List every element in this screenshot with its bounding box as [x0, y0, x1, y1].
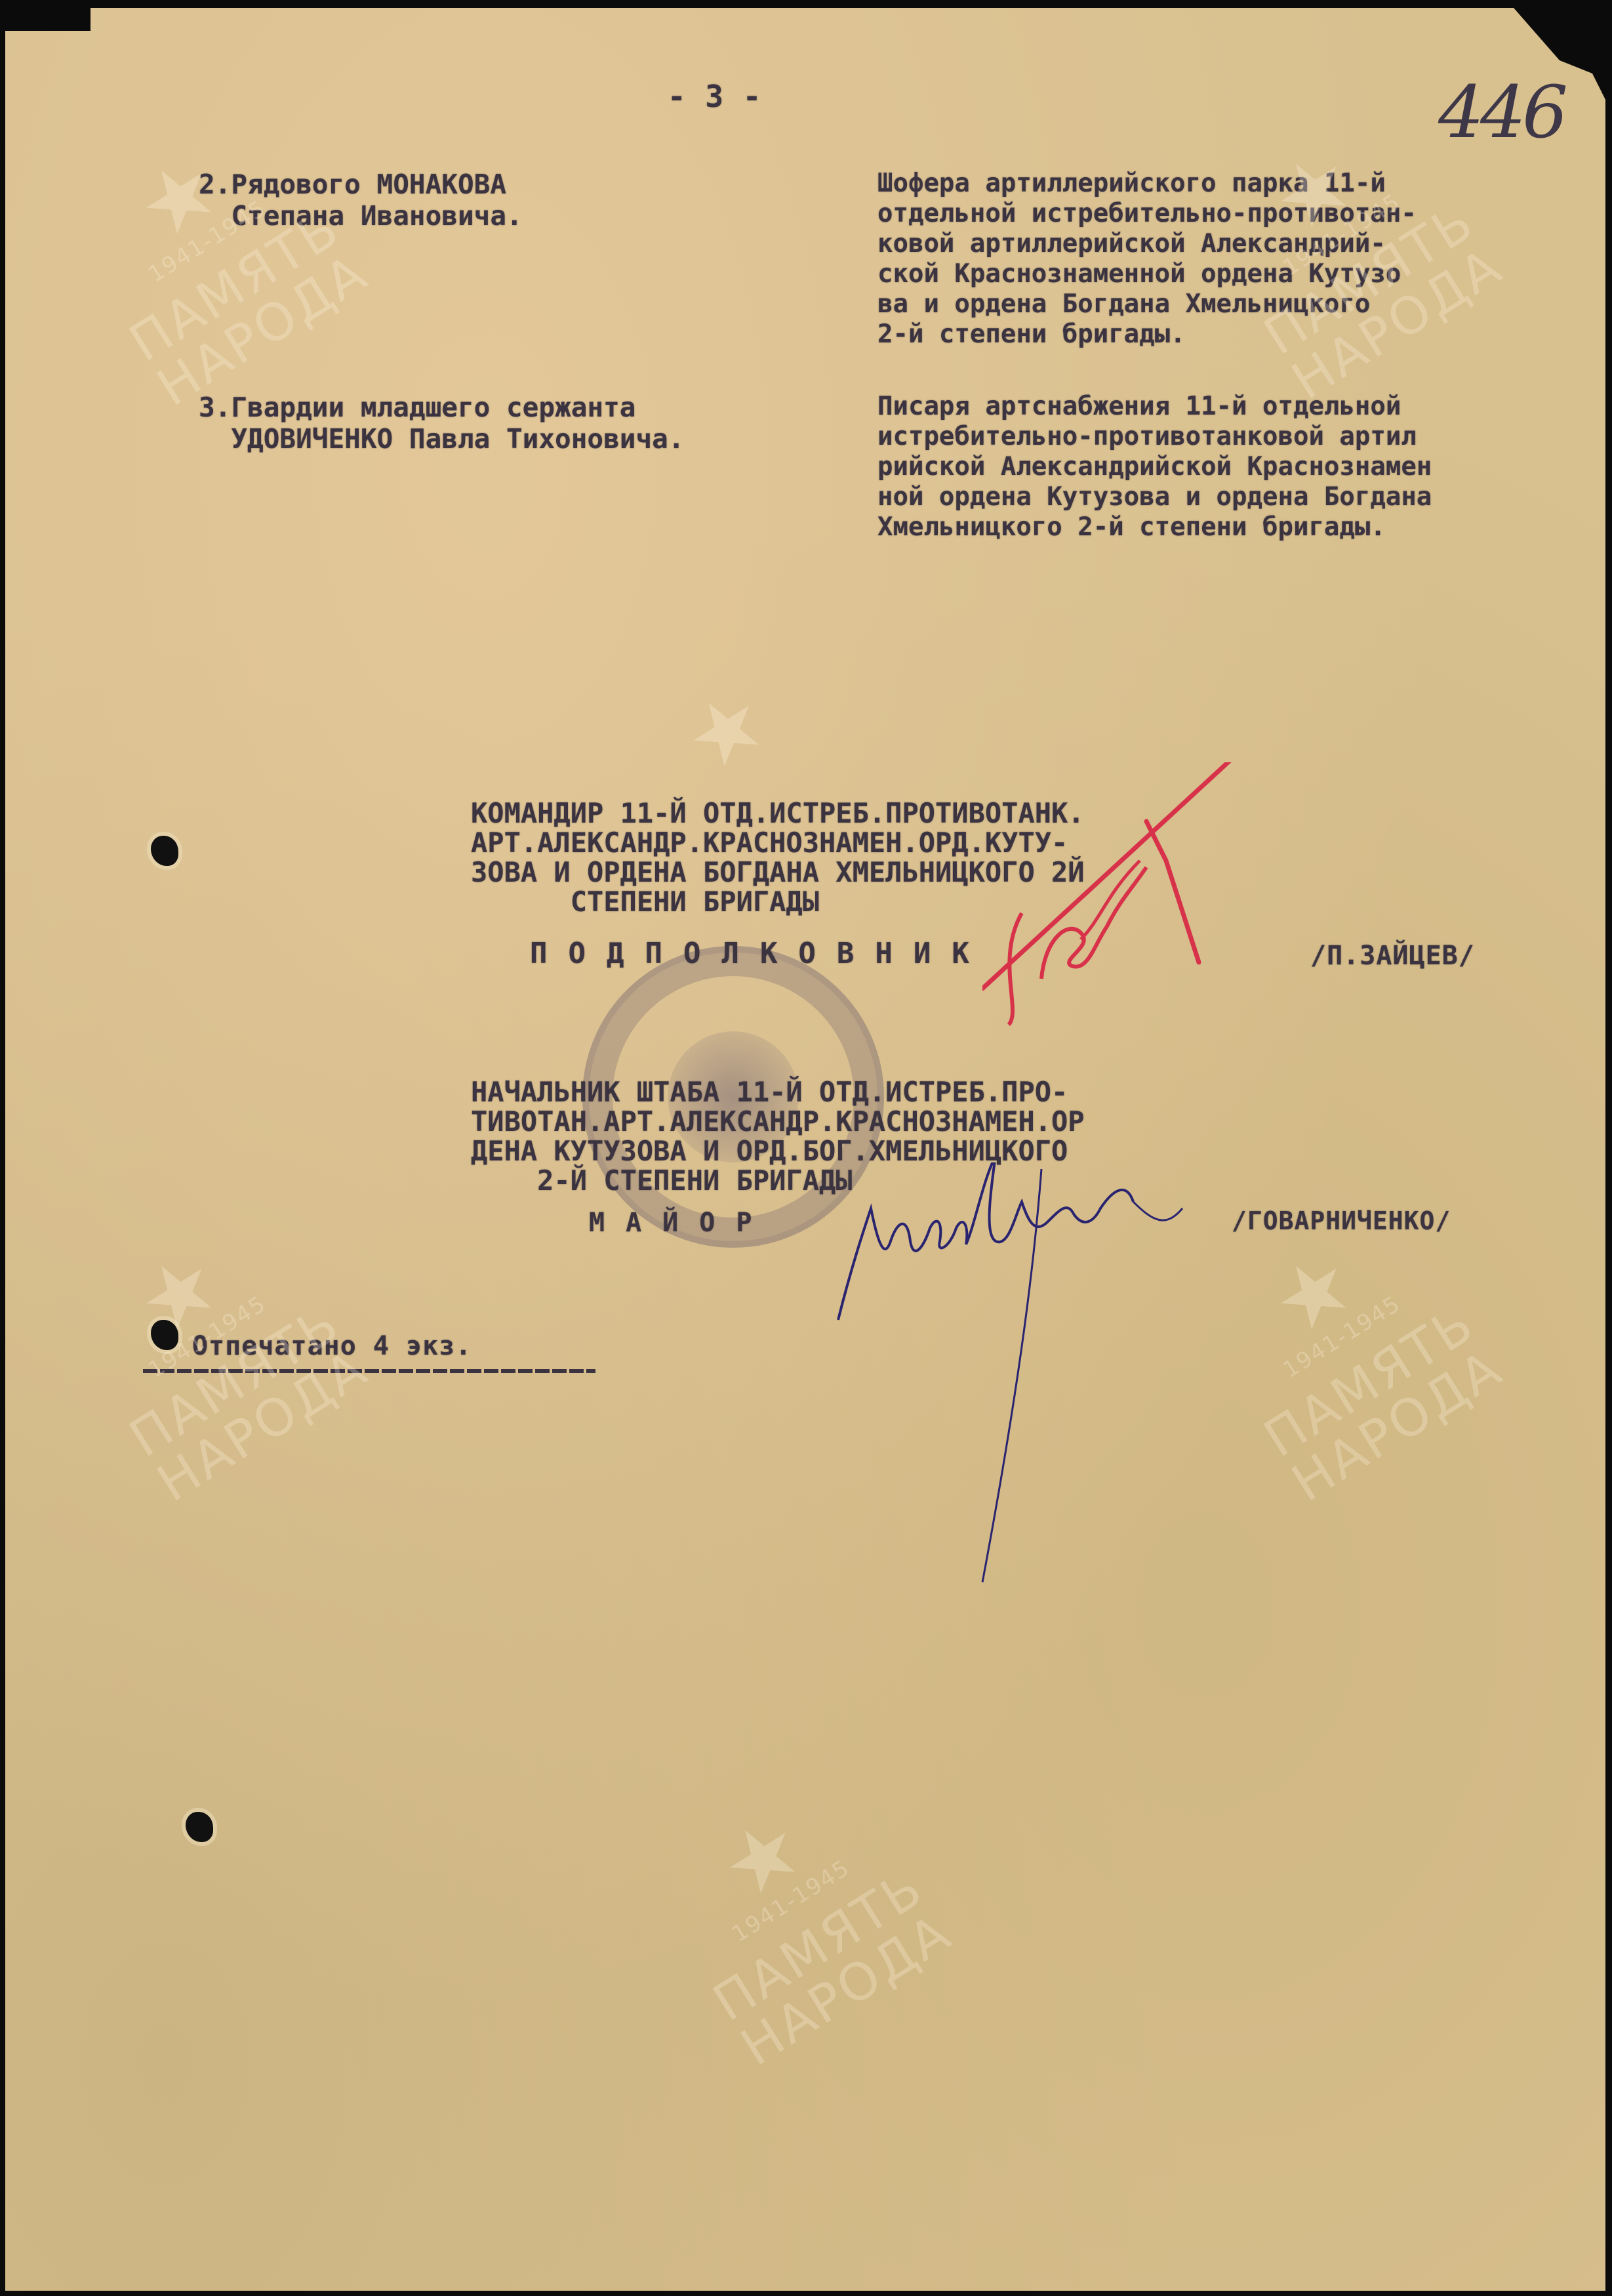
footer-underline	[143, 1369, 595, 1373]
red-pencil-signature-icon	[982, 762, 1310, 1038]
chief-of-staff-rank: МАЙОР	[589, 1210, 773, 1236]
watermark: ★ 1941-1945 ПАМЯТЬ НАРОДА	[649, 1772, 960, 2074]
punch-hole-icon	[151, 836, 178, 866]
chief-of-staff-name: /ГОВАРНИЧЕНКО/	[1232, 1208, 1451, 1233]
punch-hole-icon	[186, 1812, 213, 1842]
entry-2-name: 2.Рядового МОНАКОВА Степана Ивановича.	[199, 169, 523, 232]
commander-name: /П.ЗАЙЦЕВ/	[1310, 943, 1475, 969]
entry-3-position: Писаря артснабжения 11-й отдельной истре…	[877, 392, 1586, 543]
watermark: ★ 1941-1945 ПАМЯТЬ НАРОДА	[1200, 1208, 1511, 1510]
blue-ink-signature-icon	[825, 1162, 1232, 1595]
entry-2-position: Шофера артиллерийского парка 11-й отдель…	[877, 169, 1586, 350]
copies-note: Отпечатано 4 экз.	[192, 1333, 472, 1359]
commander-rank: ПОДПОЛКОВНИК	[530, 939, 990, 968]
document-page: - 3 - 446 2.Рядового МОНАКОВА Степана Ив…	[5, 8, 1605, 2291]
archive-number: 446	[1438, 70, 1564, 154]
watermark: ★ 1941-1945 ПАМЯТЬ НАРОДА	[66, 112, 376, 415]
watermark: ★	[679, 686, 775, 773]
entry-3-name: 3.Гвардии младшего сержанта УДОВИЧЕНКО П…	[199, 392, 685, 455]
page-number: - 3 -	[668, 81, 761, 112]
punch-hole-icon	[151, 1320, 178, 1350]
